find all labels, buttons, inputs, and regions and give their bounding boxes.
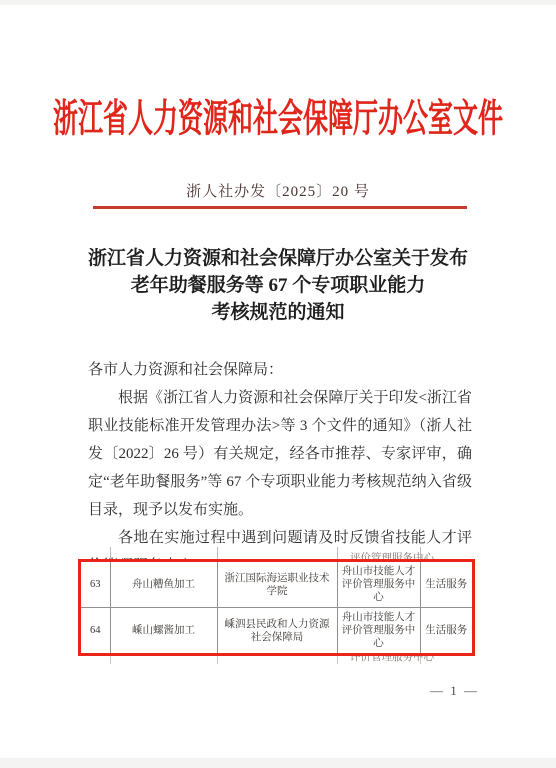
document-number: 浙人社办发〔2025〕20 号 [0, 180, 556, 201]
cell-category: 生活服务 [420, 562, 472, 608]
table-column-border [337, 547, 338, 559]
salutation: 各市人力资源和社会保障局： [88, 356, 472, 384]
cell-developer: 嵊泗县民政和人力资源 社会保障局 [217, 608, 337, 654]
cell-project: 嵊山螺酱加工 [110, 608, 217, 654]
document-page: 浙江省人力资源和社会保障厅办公室文件 浙人社办发〔2025〕20 号 浙江省人力… [0, 0, 556, 768]
page-number: — 1 — [430, 683, 479, 699]
cell-seq: 63 [81, 562, 110, 608]
cell-project: 舟山糟鱼加工 [110, 562, 217, 608]
clipped-cell-text: 评价管理服务中心 [350, 550, 434, 559]
notice-title-line3: 考核规范的通知 [0, 299, 556, 326]
table-clipped-row-above: 评价管理服务中心 [78, 547, 475, 559]
header-divider-rule [93, 206, 467, 209]
table-column-border [110, 547, 111, 559]
cell-category: 生活服务 [420, 608, 472, 654]
notice-title-line2: 老年助餐服务等 67 个专项职业能力 [0, 272, 556, 299]
table-row: 63 舟山糟鱼加工 浙江国际海运职业技术 学院 舟山市技能人才 评价管理服务中心… [81, 562, 472, 608]
red-highlight-box: 63 舟山糟鱼加工 浙江国际海运职业技术 学院 舟山市技能人才 评价管理服务中心… [78, 559, 475, 656]
viewer-bottom-edge [0, 758, 556, 768]
viewer-top-edge [0, 0, 556, 5]
table-column-border [217, 656, 218, 664]
cell-evaluator: 舟山市技能人才 评价管理服务中心 [337, 562, 420, 608]
occupation-spec-table: 63 舟山糟鱼加工 浙江国际海运职业技术 学院 舟山市技能人才 评价管理服务中心… [81, 562, 472, 653]
cell-evaluator: 舟山市技能人才 评价管理服务中心 [337, 608, 420, 654]
notice-title-line1: 浙江省人力资源和社会保障厅办公室关于发布 [0, 245, 556, 272]
table-clipped-row-below: 评价管理服务中心 [78, 656, 475, 664]
document-header-title: 浙江省人力资源和社会保障厅办公室文件 [0, 88, 556, 144]
table-column-border [217, 547, 218, 559]
spec-table-zone: 评价管理服务中心 63 舟山糟鱼加工 浙江国际海运职业技术 学院 舟山市技能人才… [78, 547, 475, 664]
body-paragraph-1: 根据《浙江省人力资源和社会保障厅关于印发<浙江省职业技能标准开发管理办法>等 3… [88, 384, 472, 524]
notice-title: 浙江省人力资源和社会保障厅办公室关于发布 老年助餐服务等 67 个专项职业能力 … [0, 245, 556, 326]
table-column-border [110, 656, 111, 664]
cell-developer: 浙江国际海运职业技术 学院 [217, 562, 337, 608]
clipped-cell-text: 评价管理服务中心 [350, 656, 434, 664]
table-row: 64 嵊山螺酱加工 嵊泗县民政和人力资源 社会保障局 舟山市技能人才 评价管理服… [81, 608, 472, 654]
cell-seq: 64 [81, 608, 110, 654]
table-column-border [337, 656, 338, 664]
